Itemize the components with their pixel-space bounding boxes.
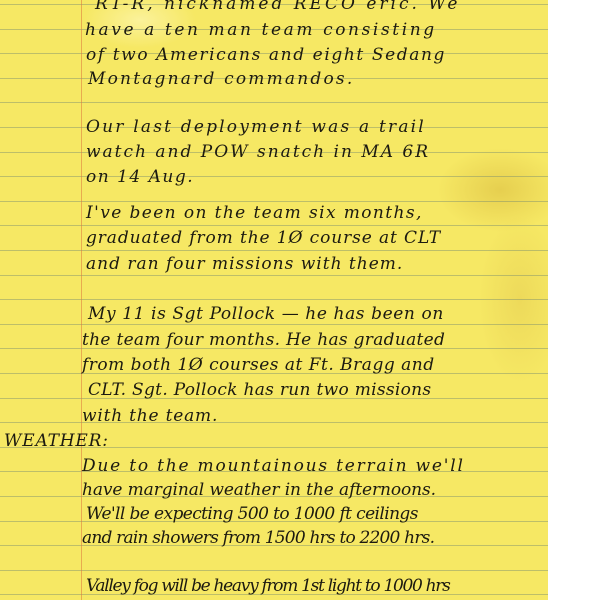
text-line: watch and POW snatch in MA 6R: [86, 142, 430, 162]
text-line: from both 1Ø courses at Ft. Bragg and: [82, 355, 435, 375]
text-line: Valley fog will be heavy from 1st light …: [86, 576, 450, 596]
text-line: the team four months. He has graduated: [82, 330, 445, 350]
text-line: Montagnard commandos.: [88, 69, 354, 89]
weather-heading: WEATHER:: [4, 431, 109, 451]
text-line: Due to the mountainous terrain we'll: [82, 456, 465, 476]
text-line: RT-R, nicknamed RECO eric. We: [95, 0, 535, 14]
text-line: and ran four missions with them.: [86, 254, 403, 274]
ruled-line: [0, 275, 548, 276]
ruled-line: [0, 324, 548, 325]
text-line: Our last deployment was a trail: [86, 117, 426, 137]
legal-pad-page: RT-R, nicknamed RECO eric. We have a ten…: [0, 0, 548, 600]
text-line: with the team.: [82, 406, 218, 426]
ruled-line: [0, 201, 548, 202]
text-line: have marginal weather in the afternoons.: [82, 480, 436, 500]
text-line: on 14 Aug.: [86, 167, 194, 187]
ruled-line: [0, 102, 548, 103]
text-line: graduated from the 1Ø course at CLT: [86, 228, 441, 248]
ruled-line: [0, 225, 548, 226]
margin-line: [81, 0, 82, 600]
text-line: have a ten man team consisting: [85, 20, 437, 40]
text-line: CLT. Sgt. Pollock has run two missions: [88, 380, 431, 400]
ruled-line: [0, 176, 548, 177]
text-line: We'll be expecting 500 to 1000 ft ceilin…: [86, 504, 418, 524]
text-line: of two Americans and eight Sedang: [86, 45, 446, 65]
text-line: I've been on the team six months,: [86, 203, 423, 223]
ruled-line: [0, 570, 548, 571]
text-line: My 11 is Sgt Pollock — he has been on: [88, 304, 444, 324]
text-line: and rain showers from 1500 hrs to 2200 h…: [82, 528, 434, 548]
ruled-line: [0, 299, 548, 300]
ruled-line: [0, 250, 548, 251]
